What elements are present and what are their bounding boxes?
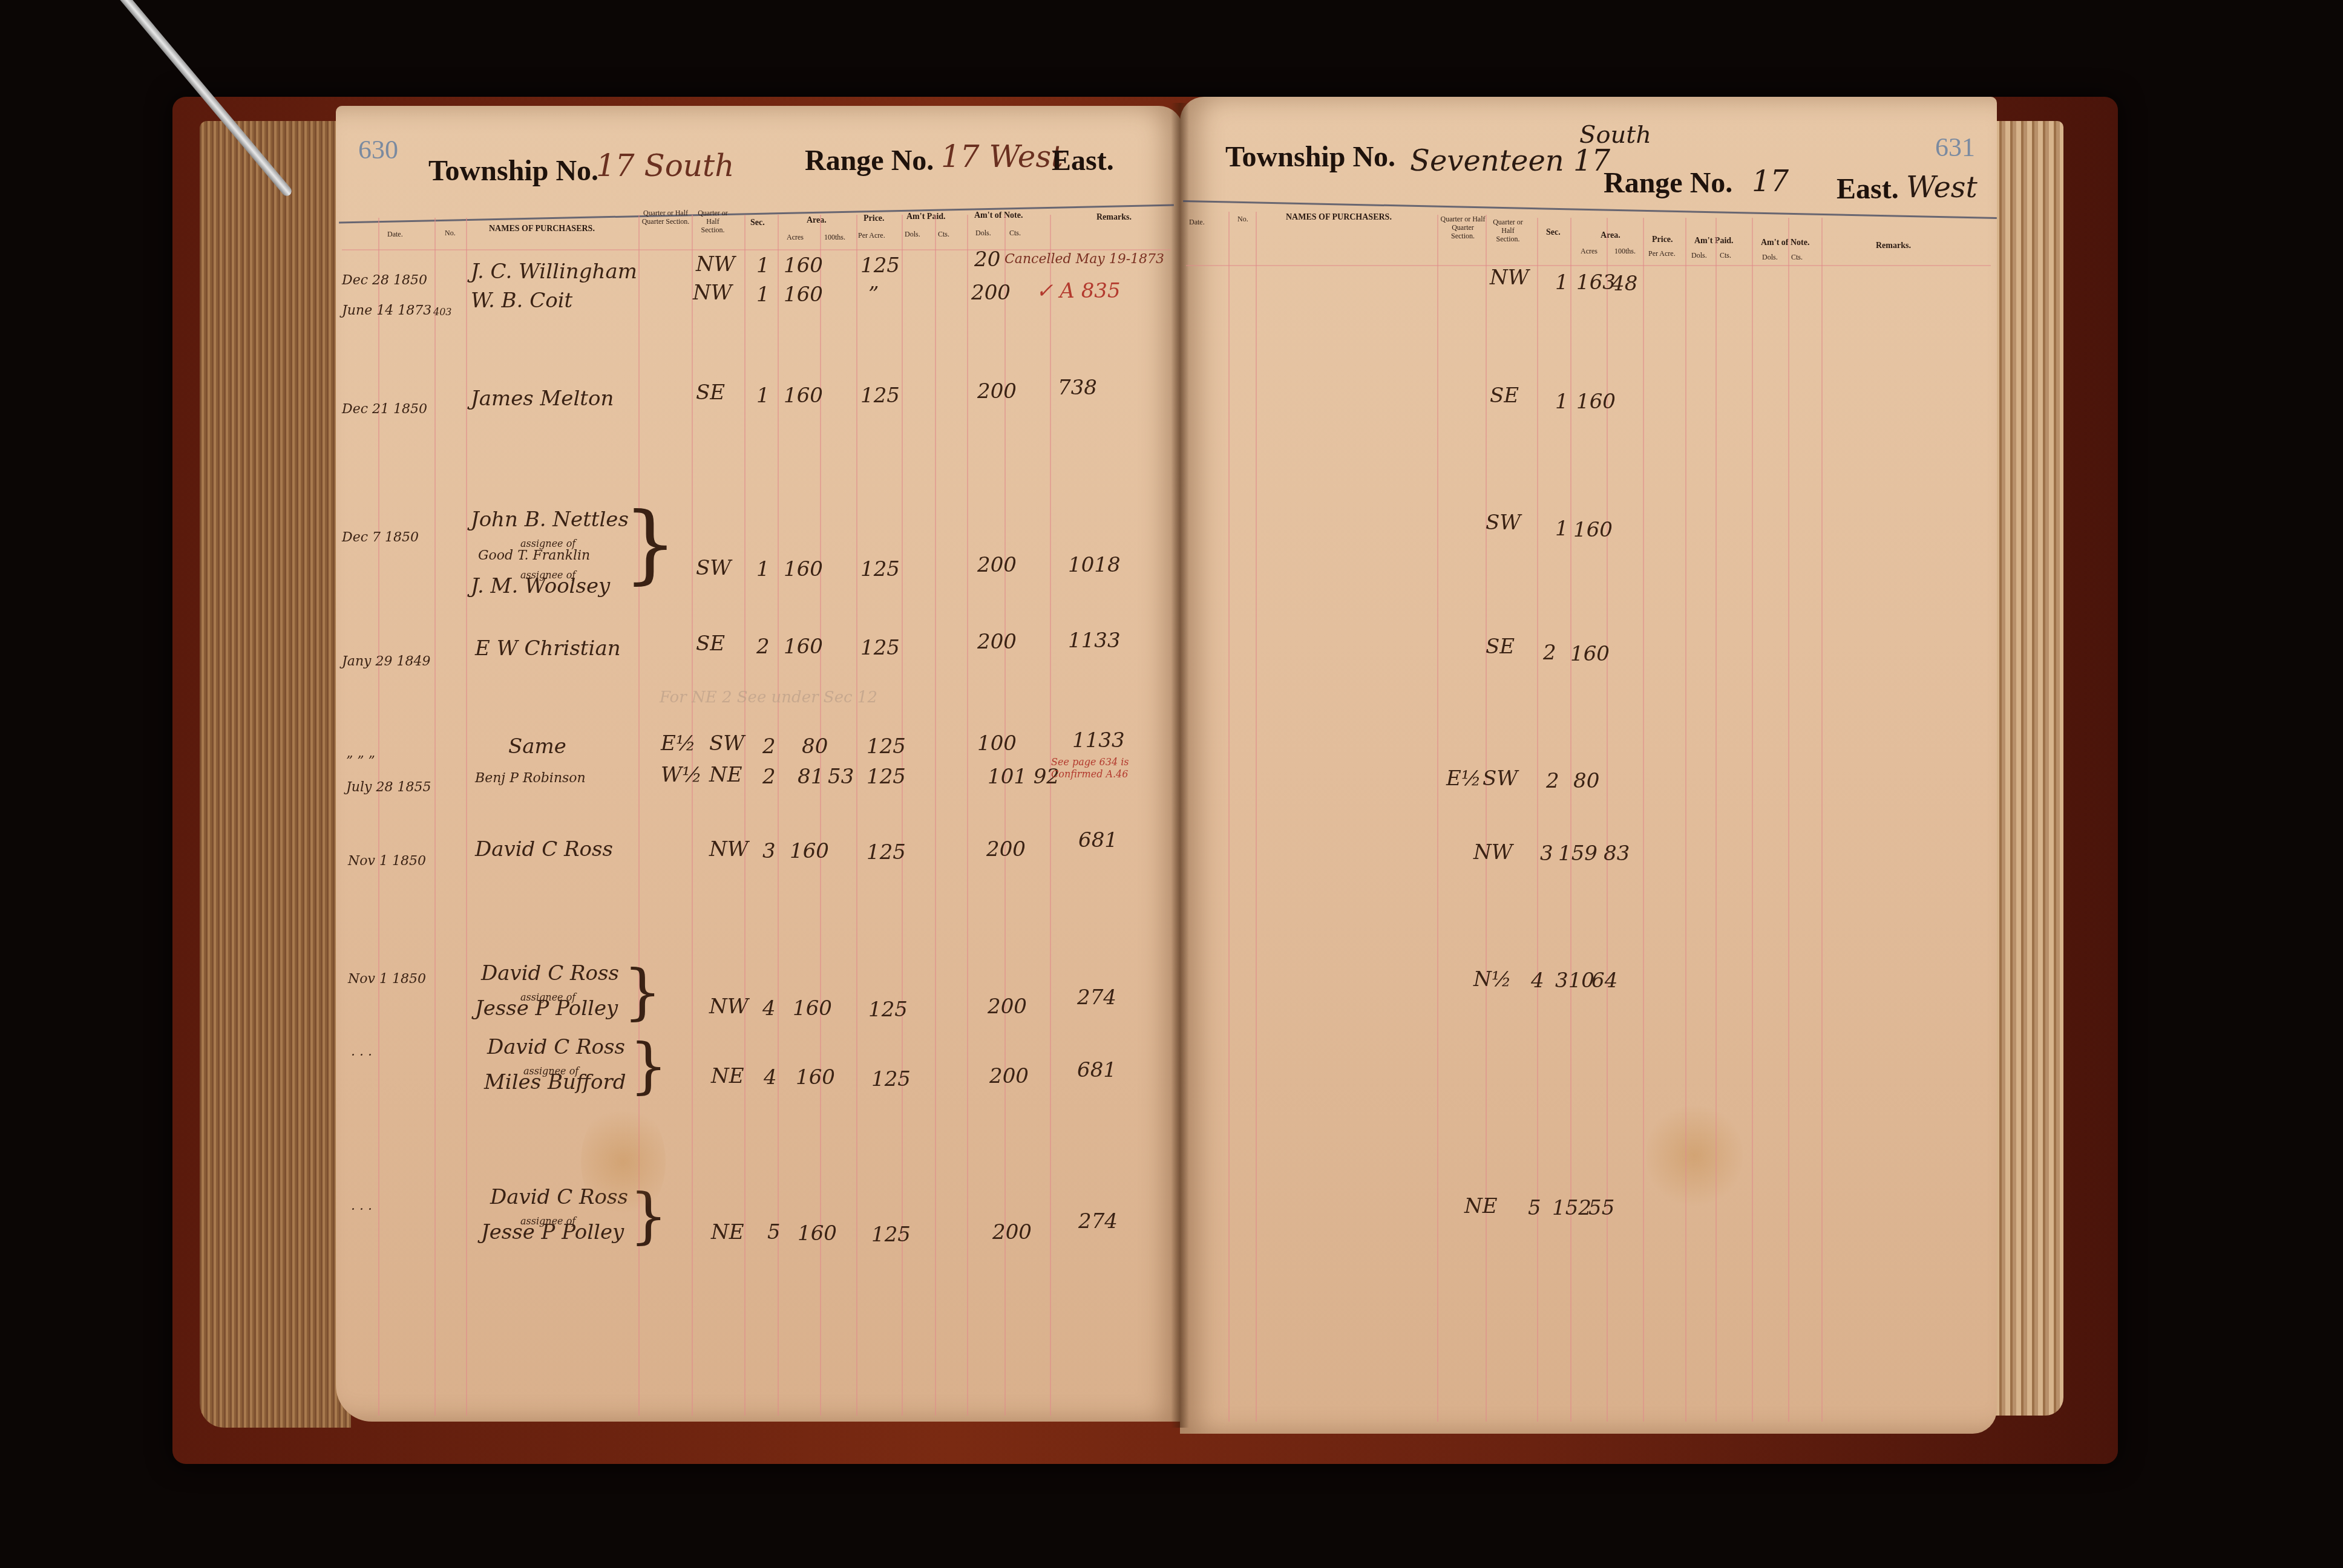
entry-acres: 80: [1573, 769, 1599, 792]
right-page-stack: [1991, 121, 2063, 1416]
entry-date: . . .: [351, 1040, 372, 1063]
entry-no: 403: [433, 301, 452, 324]
rule: [935, 215, 936, 1416]
entry-acres: 160: [784, 283, 823, 306]
entry-remarks: Cancelled May 19-1873: [1004, 248, 1164, 271]
col-area-100ths: 100ths.: [1614, 247, 1636, 255]
entry-quarter: SW: [1486, 511, 1521, 534]
entry-note: 20: [974, 248, 1000, 271]
entry-name: Benj P Robinson: [475, 767, 586, 790]
right-township-label: Township No.: [1225, 140, 1395, 174]
entry-acres: 160: [790, 840, 829, 863]
col-no: No.: [1237, 215, 1248, 223]
entry-half-quarter: E½: [661, 732, 696, 755]
brace: }: [629, 1030, 668, 1102]
entry-quarter: SW: [696, 557, 731, 580]
entry-half-quarter: E½: [1446, 767, 1481, 790]
rule: [692, 215, 693, 1416]
entry-quarter: NW: [709, 838, 749, 861]
rule: [466, 218, 467, 1416]
col-note-cts: Cts.: [1791, 253, 1803, 261]
left-page-number: 630: [358, 134, 398, 165]
col-qh: Quarter or Half Section.: [1490, 218, 1526, 243]
rule: [1050, 215, 1051, 1416]
entry-note: 200: [971, 281, 1011, 304]
entry-acres: 160: [784, 635, 823, 658]
entry-acres: 160: [1573, 518, 1613, 541]
entry-quarter: NW: [1490, 266, 1529, 289]
entry-name: W. B. Coit: [471, 289, 572, 312]
rule: [1228, 212, 1230, 1422]
water-stain: [1646, 1101, 1743, 1210]
entry-name: J. M. Woolsey: [471, 575, 610, 598]
entry-sec: 1: [756, 254, 770, 277]
entry-hundredths: 53: [828, 765, 854, 788]
entry-acres: 160: [784, 254, 823, 277]
entry-remarks: See page 634 is Confirmed A.46: [1051, 756, 1160, 780]
entry-price: 125: [860, 636, 900, 659]
rule: [1788, 218, 1789, 1422]
entry-price: 125: [867, 841, 906, 864]
entry-date: July 28 1855: [346, 776, 431, 799]
rule: [434, 218, 436, 1416]
entry-date: Dec 21 1850: [342, 398, 427, 421]
entry-acres: 80: [802, 735, 828, 758]
entry-note: 200: [977, 630, 1017, 653]
left-page-stack: [200, 121, 351, 1428]
entry-sec: 1: [1555, 271, 1568, 294]
col-paid-cts: Cts.: [938, 230, 949, 238]
right-range-value: 17: [1752, 165, 1789, 198]
entry-acres: 163: [1576, 271, 1616, 294]
rule: [1685, 218, 1686, 1422]
entry-note: 200: [986, 838, 1026, 861]
rule: [744, 215, 745, 1416]
rule: [1715, 218, 1717, 1422]
entry-name: David C Ross: [475, 838, 613, 861]
faint-crossref-note: For NE 2 See under Sec 12: [660, 688, 877, 707]
entry-quarter: NW: [1473, 841, 1513, 864]
right-page-number: 631: [1935, 132, 1975, 163]
col-price: Price.: [863, 215, 885, 223]
entry-date: Nov 1 1850: [348, 850, 426, 873]
entry-sec: 2: [1546, 769, 1559, 792]
entry-name: David C Ross: [487, 1036, 625, 1059]
col-paid: Am't Paid.: [1694, 237, 1734, 246]
entry-half-quarter: N½: [1473, 968, 1512, 991]
entry-sec: 4: [764, 1066, 777, 1089]
entry-quarter: SE: [1486, 635, 1515, 658]
entry-name: J. C. Willingham: [471, 260, 637, 283]
left-township-value: 17 South: [596, 148, 734, 183]
rule: [1537, 218, 1538, 1422]
entry-quarter: NW: [693, 281, 732, 304]
entry-remarks: 681: [1078, 829, 1118, 852]
col-sec: Sec.: [750, 219, 765, 227]
entry-date: Nov 1 1850: [348, 968, 426, 991]
entry-price: 125: [860, 254, 900, 277]
entry-note: 200: [977, 380, 1017, 403]
col-area-acres: Acres: [1581, 247, 1597, 255]
rule: [1486, 215, 1487, 1422]
entry-hundredths: 48: [1611, 272, 1637, 295]
col-names: NAMES OF PURCHASERS.: [1286, 214, 1392, 222]
col-area-acres: Acres: [787, 233, 804, 241]
right-township-value: Seventeen 17: [1410, 144, 1610, 178]
entry-acres: 159: [1558, 842, 1597, 865]
rule: [1570, 218, 1571, 1422]
entry-hundredths: 55: [1588, 1197, 1614, 1220]
entry-quarter: SW: [1483, 767, 1518, 790]
rule: [1752, 218, 1753, 1422]
left-range-value: 17 West: [941, 139, 1063, 174]
entry-half-quarter: W½: [661, 763, 702, 786]
entry-remarks: 1133: [1068, 629, 1121, 652]
right-direction-printed: East.: [1837, 172, 1899, 206]
entry-date: Dec 28 1850: [342, 269, 427, 292]
entry-sec: 1: [1555, 517, 1568, 540]
entry-quarter: NE: [1464, 1195, 1498, 1218]
entry-remarks: 738: [1058, 376, 1097, 399]
entry-name: James Melton: [471, 387, 614, 410]
col-date: Date.: [387, 230, 403, 238]
col-price-sub: Per Acre.: [1648, 249, 1676, 258]
entry-price: 125: [867, 735, 906, 758]
col-price: Price.: [1652, 236, 1673, 244]
entry-acres: 160: [793, 997, 832, 1020]
col-names: NAMES OF PURCHASERS.: [489, 225, 595, 234]
entry-sec: 2: [1543, 641, 1556, 664]
entry-date: . . .: [351, 1195, 372, 1218]
col-qhq: Quarter or Half Quarter Section.: [641, 209, 690, 226]
col-no: No.: [445, 229, 456, 237]
entry-acres: 310: [1555, 969, 1594, 992]
left-range-label: Range No.: [805, 144, 934, 177]
col-sec: Sec.: [1546, 229, 1561, 237]
entry-name: E W Christian: [475, 637, 621, 660]
right-header-bottom-rule: [1186, 265, 1991, 266]
entry-quarter: SE: [1490, 384, 1519, 407]
col-area: Area.: [1601, 232, 1620, 240]
entry-sec: 2: [756, 635, 770, 658]
rule: [856, 215, 857, 1416]
entry-remarks: ✓ A 835: [1036, 279, 1121, 302]
entry-quarter: NE: [709, 763, 742, 786]
entry-date: June 14 1873: [342, 299, 431, 322]
entry-date: Dec 7 1850: [342, 526, 419, 549]
entry-sec: 4: [762, 997, 776, 1020]
entry-quarter: NW: [709, 995, 749, 1018]
entry-name: Jesse P Polley: [481, 1221, 624, 1244]
entry-price: 125: [868, 998, 908, 1021]
col-paid-dols: Dols.: [1691, 251, 1707, 260]
col-area-100ths: 100ths.: [824, 233, 845, 241]
entry-name: John B. Nettles: [471, 508, 629, 531]
col-area: Area.: [807, 217, 827, 225]
col-qhq: Quarter or Half Quarter Section.: [1440, 215, 1486, 240]
entry-remarks: 1018: [1068, 554, 1121, 577]
entry-acres: 160: [1576, 390, 1616, 413]
entry-remarks: 681: [1077, 1059, 1116, 1082]
book-gutter: [1171, 103, 1189, 1428]
entry-acres: 152: [1552, 1197, 1591, 1220]
brace: }: [623, 508, 677, 581]
entry-sec: 4: [1531, 969, 1544, 992]
col-note: Am't of Note.: [974, 212, 1023, 220]
col-remarks: Remarks.: [1096, 214, 1132, 222]
entry-remarks: 274: [1078, 1210, 1118, 1233]
entry-price: 125: [860, 384, 900, 407]
brace: }: [623, 956, 662, 1028]
entry-acres: 160: [784, 558, 823, 581]
col-paid: Am't Paid.: [906, 213, 946, 221]
entry-sec: 1: [756, 558, 770, 581]
rule: [1437, 215, 1438, 1422]
entry-acres: 160: [1570, 642, 1610, 665]
col-paid-dols: Dols.: [905, 230, 920, 238]
entry-quarter: SE: [696, 632, 725, 655]
col-note-cts: Cts.: [1009, 229, 1021, 237]
entry-price: 125: [871, 1068, 911, 1091]
entry-name: Same: [508, 735, 566, 758]
entry-quarter: NE: [711, 1065, 744, 1088]
entry-note: 100: [977, 732, 1017, 755]
entry-sec: 2: [762, 735, 776, 758]
entry-name: Miles Bufford: [484, 1071, 626, 1094]
entry-note: 200: [988, 995, 1027, 1018]
entry-name: Jesse P Polley: [475, 997, 618, 1020]
entry-price: 125: [871, 1223, 911, 1246]
col-remarks: Remarks.: [1876, 242, 1911, 250]
entry-sec: 3: [1540, 842, 1553, 865]
entry-acres: 160: [796, 1066, 835, 1089]
entry-hundredths: 83: [1604, 842, 1630, 865]
rule: [1643, 218, 1644, 1422]
entry-remarks: 274: [1077, 986, 1116, 1009]
entry-acres: 160: [784, 384, 823, 407]
entry-date: Jany 29 1849: [342, 650, 431, 673]
entry-price: 125: [867, 765, 906, 788]
entry-quarter: SW: [709, 732, 744, 755]
entry-quarter: SE: [696, 381, 725, 404]
col-note: Am't of Note.: [1761, 239, 1809, 247]
col-paid-cts: Cts.: [1720, 251, 1731, 260]
entry-remarks: 1133: [1072, 729, 1125, 752]
rule: [1256, 212, 1257, 1422]
col-date: Date.: [1189, 218, 1205, 226]
right-township-direction: South: [1579, 121, 1651, 149]
col-qh: Quarter or Half Section.: [695, 209, 731, 234]
entry-sec: 5: [767, 1221, 781, 1244]
rule: [1821, 218, 1823, 1422]
entry-name: David C Ross: [481, 962, 619, 985]
entry-note: 200: [989, 1065, 1029, 1088]
entry-hundredths: 64: [1591, 969, 1617, 992]
entry-quarter: NW: [696, 253, 735, 276]
col-note-dols: Dols.: [975, 229, 991, 237]
entry-date: ” ” ”: [346, 750, 375, 773]
entry-price: 125: [860, 558, 900, 581]
left-township-label: Township No.: [428, 154, 598, 188]
entry-note: 200: [992, 1221, 1032, 1244]
entry-sec: 2: [762, 765, 776, 788]
rule: [378, 218, 379, 1416]
entry-note: 101 92: [988, 765, 1060, 788]
col-price-sub: Per Acre.: [858, 231, 885, 240]
right-direction-written: West: [1906, 171, 1978, 204]
col-note-dols: Dols.: [1762, 253, 1778, 261]
entry-sec: 5: [1528, 1197, 1541, 1220]
right-ledger-page: [1180, 97, 1997, 1434]
entry-note: 200: [977, 554, 1017, 577]
entry-acres: 81: [798, 765, 824, 788]
entry-sec: 3: [762, 840, 776, 863]
entry-sec: 1: [1555, 390, 1568, 413]
entry-acres: 160: [798, 1222, 837, 1245]
entry-price: ”: [868, 283, 879, 306]
right-range-label: Range No.: [1604, 166, 1732, 200]
rule: [967, 215, 968, 1416]
entry-quarter: NE: [711, 1221, 744, 1244]
water-stain: [581, 1101, 666, 1222]
entry-sec: 1: [756, 384, 770, 407]
entry-sec: 1: [756, 283, 770, 306]
left-direction-printed: East.: [1052, 144, 1114, 177]
